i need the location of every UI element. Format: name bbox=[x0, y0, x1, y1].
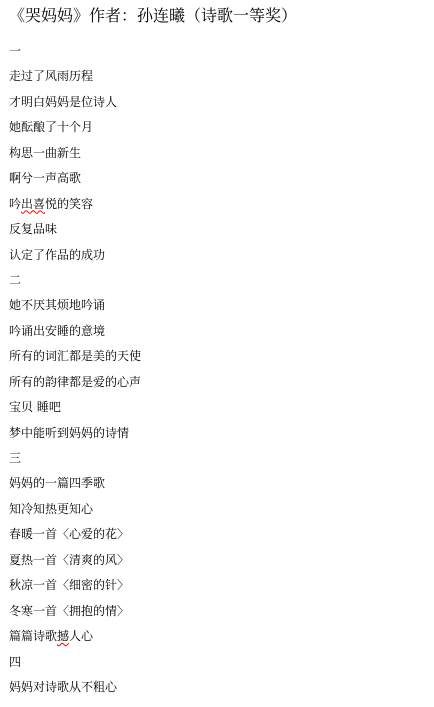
misspelled-text: 撼 bbox=[57, 629, 69, 643]
poem-line: 梦中能听到妈妈的诗情 bbox=[9, 421, 426, 446]
document-page: 《哭妈妈》作者：孙连曦（诗歌一等奖） 一走过了风雨历程才明白妈妈是位诗人她酝酿了… bbox=[0, 0, 434, 707]
poem-text: 吟 bbox=[9, 197, 21, 211]
poem-section-number: 三 bbox=[9, 446, 426, 471]
poem-text: 一 bbox=[9, 44, 21, 58]
poem-text: 构思一曲新生 bbox=[9, 146, 81, 160]
poem-text: 二 bbox=[9, 273, 21, 287]
poem-line: 春暖一首〈心爱的花〉 bbox=[9, 522, 426, 547]
poem-text: 妈妈对诗歌从不粗心 bbox=[9, 680, 117, 694]
poem-text: 妈妈的一篇四季歌 bbox=[9, 476, 105, 490]
poem-section-number: 一 bbox=[9, 39, 426, 64]
poem-line: 夏热一首〈清爽的风〉 bbox=[9, 548, 426, 573]
poem-line: 所有的韵律都是爱的心声 bbox=[9, 370, 426, 395]
poem-line: 篇篇诗歌撼人心 bbox=[9, 624, 426, 649]
poem-line: 认定了作品的成功 bbox=[9, 243, 426, 268]
poem-text: 春暖一首〈心爱的花〉 bbox=[9, 527, 129, 541]
poem-line: 妈妈对诗歌从不粗心 bbox=[9, 675, 426, 700]
poem-text: 梦中能听到妈妈的诗情 bbox=[9, 426, 129, 440]
poem-line: 走过了风雨历程 bbox=[9, 64, 426, 89]
poem-text: 她酝酿了十个月 bbox=[9, 120, 93, 134]
poem-text: 认定了作品的成功 bbox=[9, 248, 105, 262]
poem-text: 秋凉一首〈细密的针〉 bbox=[9, 578, 129, 592]
poem-text: 才明白妈妈是位诗人 bbox=[9, 95, 117, 109]
poem-line: 反复品味 bbox=[9, 217, 426, 242]
poem-text: 三 bbox=[9, 451, 21, 465]
poem-text: 反复品味 bbox=[9, 222, 57, 236]
poem-line: 她酝酿了十个月 bbox=[9, 115, 426, 140]
page-title: 《哭妈妈》作者：孙连曦（诗歌一等奖） bbox=[9, 6, 426, 26]
poem-line: 构思一曲新生 bbox=[9, 141, 426, 166]
poem-text: 悦的笑容 bbox=[45, 197, 93, 211]
poem-text: 啊兮一声高歌 bbox=[9, 171, 81, 185]
poem-text: 她不厌其烦地吟诵 bbox=[9, 298, 105, 312]
poem-line: 知冷知热更知心 bbox=[9, 497, 426, 522]
poem-text: 四 bbox=[9, 655, 21, 669]
misspelled-text: 出喜 bbox=[21, 197, 45, 211]
poem-text: 走过了风雨历程 bbox=[9, 69, 93, 83]
poem-text: 宝贝 睡吧 bbox=[9, 400, 61, 414]
poem-line: 她不厌其烦地吟诵 bbox=[9, 293, 426, 318]
poem-section-number: 二 bbox=[9, 268, 426, 293]
poem-text: 篇篇诗歌 bbox=[9, 629, 57, 643]
poem-line: 所有的词汇都是美的天使 bbox=[9, 344, 426, 369]
poem-line: 妈妈的一篇四季歌 bbox=[9, 471, 426, 496]
poem-line: 啊兮一声高歌 bbox=[9, 166, 426, 191]
poem-body: 一走过了风雨历程才明白妈妈是位诗人她酝酿了十个月构思一曲新生啊兮一声高歌吟出喜悦… bbox=[9, 39, 426, 700]
poem-text: 所有的词汇都是美的天使 bbox=[9, 349, 141, 363]
poem-text: 夏热一首〈清爽的风〉 bbox=[9, 553, 129, 567]
poem-text: 吟诵出安睡的意境 bbox=[9, 324, 105, 338]
poem-line: 吟诵出安睡的意境 bbox=[9, 319, 426, 344]
poem-line: 冬寒一首〈拥抱的情〉 bbox=[9, 599, 426, 624]
poem-text: 知冷知热更知心 bbox=[9, 502, 93, 516]
poem-line: 秋凉一首〈细密的针〉 bbox=[9, 573, 426, 598]
poem-text: 人心 bbox=[69, 629, 93, 643]
poem-text: 冬寒一首〈拥抱的情〉 bbox=[9, 604, 129, 618]
poem-line: 宝贝 睡吧 bbox=[9, 395, 426, 420]
poem-line: 吟出喜悦的笑容 bbox=[9, 192, 426, 217]
poem-section-number: 四 bbox=[9, 650, 426, 675]
poem-line: 才明白妈妈是位诗人 bbox=[9, 90, 426, 115]
poem-text: 所有的韵律都是爱的心声 bbox=[9, 375, 141, 389]
